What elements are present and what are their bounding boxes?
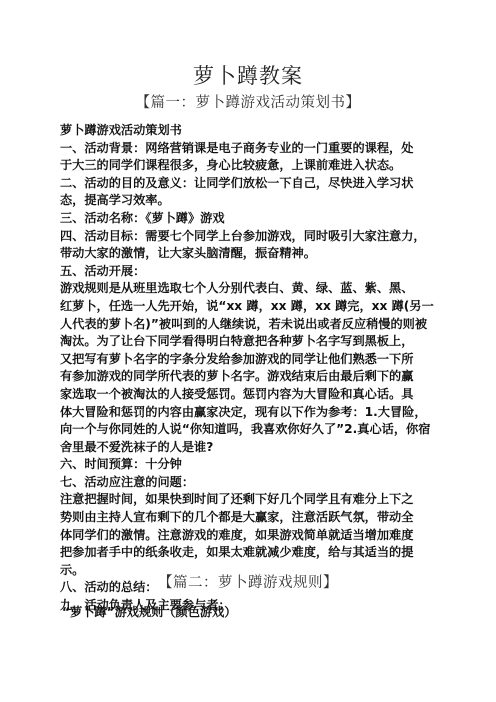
body-line: 萝卜蹲游戏活动策划书 bbox=[60, 122, 432, 140]
body-line: 体同学们的激情。注意游戏的难度，如果游戏简单就适当增加难度 bbox=[60, 527, 432, 545]
body-line: 二、活动的目的及意义：让同学们放松一下自己，尽快进入学习状 bbox=[60, 175, 432, 193]
body-line: 势则由主持人宣布剩下的几个都是大赢家，注意活跃气氛，带动全 bbox=[60, 509, 432, 527]
section1-heading: 【篇一：萝卜蹲游戏活动策划书】 bbox=[0, 91, 496, 112]
body-line: 舍里最不爱洗袜子的人是谁? bbox=[60, 439, 432, 457]
body-line: 体大冒险和惩罚的内容由赢家决定，现有以下作为参考：1.大冒险， bbox=[60, 404, 432, 422]
body-line: 游戏规则是从班里选取七个人分别代表白、黄、绿、蓝、紫、黑、 bbox=[60, 280, 432, 298]
body-line: 有参加游戏的同学所代表的萝卜名字。游戏结束后由最后剩下的赢 bbox=[60, 368, 432, 386]
body-line: 注意把握时间，如果快到时间了还剩下好几个同学且有难分上下之 bbox=[60, 491, 432, 509]
body-line: 家选取一个被淘汰的人接受惩罚。惩罚内容为大冒险和真心话。具 bbox=[60, 386, 432, 404]
body-line: 四、活动目标：需要七个同学上台参加游戏，同时吸引大家注意力， bbox=[60, 228, 432, 246]
body-line: 六、时间预算：十分钟 bbox=[60, 456, 432, 474]
body-line: 三、活动名称：《萝卜蹲》游戏 bbox=[60, 210, 432, 228]
section2-heading: 【篇二：萝卜蹲游戏规则】 bbox=[0, 571, 496, 592]
section1-body: 萝卜蹲游戏活动策划书 一、活动背景：网络营销课是电子商务专业的一门重要的课程，处… bbox=[60, 122, 432, 615]
body-line: 把参加者手中的纸条收走，如果太难就减少难度，给与其适当的提 bbox=[60, 544, 432, 562]
document-title: 萝卜蹲教案 bbox=[0, 60, 496, 90]
body-line: 人代表的萝卜名)”被叫到的人继续说，若未说出或者反应稍慢的则被 bbox=[60, 316, 432, 334]
document-page: 萝卜蹲教案 【篇一：萝卜蹲游戏活动策划书】 萝卜蹲游戏活动策划书 一、活动背景：… bbox=[0, 0, 496, 702]
body-line: 带动大家的激情，让大家头脑清醒，振奋精神。 bbox=[60, 245, 432, 263]
body-line: 淘汰。为了让台下同学看得明白特意把各种萝卜名字写到黑板上， bbox=[60, 333, 432, 351]
body-line: 一、活动背景：网络营销课是电子商务专业的一门重要的课程，处 bbox=[60, 140, 432, 158]
body-line: 于大三的同学们课程很多，身心比较疲惫，上课前难进入状态。 bbox=[60, 157, 432, 175]
body-line: 红萝卜，任选一人先开始，说“xx 蹲，xx 蹲，xx 蹲完，xx 蹲(另一 bbox=[60, 298, 432, 316]
body-line: 又把写有萝卜名字的字条分发给参加游戏的同学让他们熟悉一下所 bbox=[60, 351, 432, 369]
section2-subtitle: “萝卜蹲”游戏规则（颜色游戏） bbox=[62, 603, 236, 620]
body-line: 向一个与你同姓的人说“你知道吗，我喜欢你好久了”2.真心话，你宿 bbox=[60, 421, 432, 439]
body-line: 七、活动应注意的问题： bbox=[60, 474, 432, 492]
body-line: 五、活动开展： bbox=[60, 263, 432, 281]
body-line: 态，提高学习效率。 bbox=[60, 192, 432, 210]
